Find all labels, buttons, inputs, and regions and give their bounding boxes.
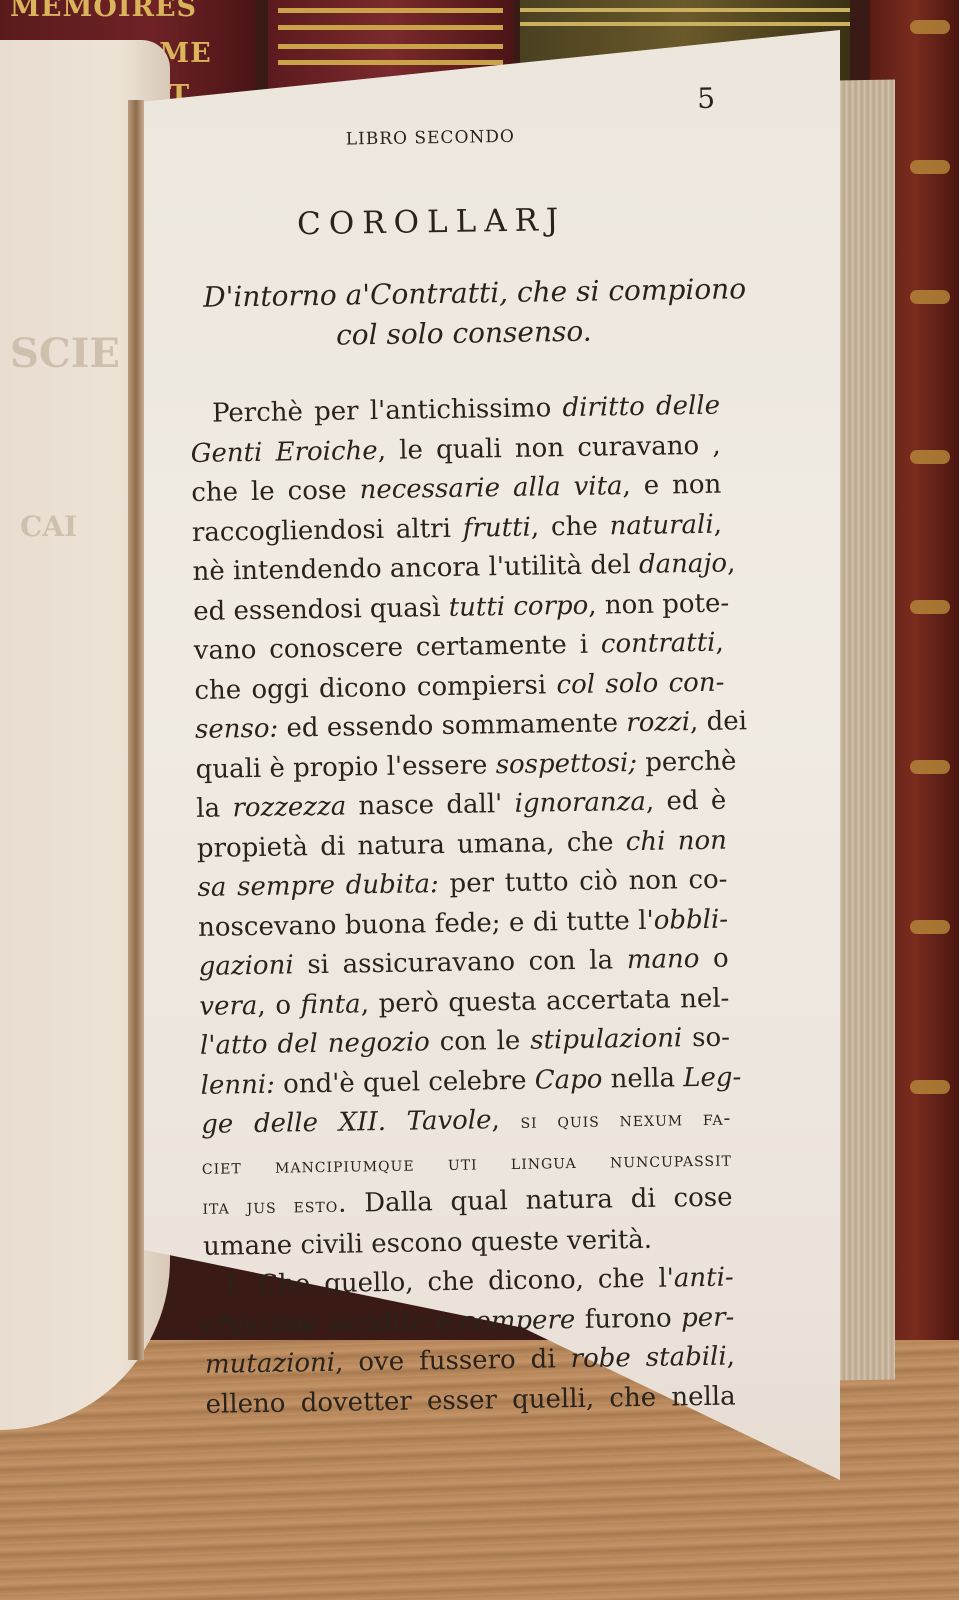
running-head: LIBRO SECONDO xyxy=(346,127,515,150)
italic-text: Leg- xyxy=(683,1062,742,1093)
italic-text: rozzi xyxy=(626,707,690,738)
italic-text: frutti xyxy=(463,512,531,543)
italic-text: finta xyxy=(300,989,361,1020)
roman-text: Perchè per l'antichissimo xyxy=(212,393,563,429)
italic-text: per- xyxy=(681,1302,735,1333)
roman-text: e xyxy=(426,1306,461,1337)
roman-text: , non pote- xyxy=(588,588,729,620)
italic-text: mano xyxy=(627,944,700,975)
italic-text: col solo con- xyxy=(556,667,724,700)
latin-quote-text: ciet mancipiumque uti lingua nuncupassit xyxy=(202,1146,732,1178)
roman-text: , xyxy=(726,1342,735,1372)
roman-text: umane civili escono queste verità. xyxy=(203,1224,652,1261)
italic-text: compere xyxy=(460,1305,575,1337)
spine-text-line-1: MEMOIRES xyxy=(10,0,197,23)
italic-text: diritto delle xyxy=(562,391,720,423)
roman-text: ed essendo sommamente xyxy=(278,708,626,743)
italic-text: vera xyxy=(199,990,257,1021)
italic-text: l'atto del negozio xyxy=(200,1027,430,1061)
italic-text: anti- xyxy=(674,1263,734,1294)
roman-text: , e non xyxy=(622,470,721,502)
italic-text: ge delle XII. Tavole xyxy=(201,1105,492,1140)
roman-text: elleno dovetter esser quelli, che nella xyxy=(205,1381,735,1419)
italic-text: chi non xyxy=(626,825,728,857)
page-number: 5 xyxy=(697,82,715,115)
italic-text: contratti xyxy=(601,628,716,660)
roman-text: , xyxy=(713,509,722,539)
roman-text: , però questa accertata nel- xyxy=(360,983,729,1019)
show-through-text: SCIE xyxy=(10,330,120,377)
roman-text: , ove fussero di xyxy=(335,1344,571,1378)
italic-text: danajo xyxy=(639,549,728,580)
roman-text: nasce dall' xyxy=(346,789,515,822)
italic-text: obbli- xyxy=(654,904,729,935)
latin-quote-text: si quis nexum fa- xyxy=(520,1106,731,1133)
italic-text: gazioni xyxy=(199,950,294,981)
roman-text: , che xyxy=(531,511,610,542)
subtitle-line: col solo consenso. xyxy=(204,310,725,358)
italic-text: tutti corpo xyxy=(448,590,588,622)
roman-text: perchè xyxy=(637,746,737,778)
book-gutter xyxy=(128,100,144,1360)
italic-text: necessarie alla vita xyxy=(359,471,622,505)
roman-text: , o xyxy=(257,990,301,1021)
roman-text: o xyxy=(699,944,729,974)
roman-text: I. Che quello, che dicono, che l' xyxy=(226,1263,675,1300)
italic-text: chissime vendite xyxy=(204,1307,426,1340)
roman-text: la xyxy=(196,793,233,824)
roman-text: che oggi dicono compiersi xyxy=(194,670,557,706)
roman-text: so- xyxy=(682,1023,730,1054)
italic-text: robe stabili xyxy=(570,1342,726,1374)
roman-text: , xyxy=(727,548,736,578)
roman-text: si assicuravano con la xyxy=(293,945,627,980)
roman-text: , xyxy=(715,628,724,658)
italic-text: rozzezza xyxy=(232,792,346,824)
italic-text: stipulazioni xyxy=(530,1023,682,1055)
subtitle-line: D'intorno a'Contratti, che si compiono xyxy=(203,270,724,318)
italic-text: Genti Eroiche xyxy=(190,436,377,469)
body-text: Perchè per l'antichissimo diritto delleG… xyxy=(190,387,736,1425)
section-subtitle: D'intorno a'Contratti, che si compiono c… xyxy=(203,270,724,358)
body-line: ita jus esto. Dalla qual natura di cose xyxy=(202,1179,733,1228)
roman-text: nè intendendo ancora l'utilità del xyxy=(192,550,639,587)
italic-text: Capo xyxy=(534,1064,602,1095)
latin-quote-text: ita jus esto xyxy=(202,1193,338,1219)
roman-text: ond'è quel celebre xyxy=(275,1065,535,1099)
roman-text: che le cose xyxy=(191,475,360,508)
roman-text: furono xyxy=(575,1303,681,1335)
italic-text: mutazioni xyxy=(205,1348,336,1380)
show-through-text: CAI xyxy=(20,510,77,543)
roman-text: noscevano buona fede; e di tutte l' xyxy=(198,905,654,942)
roman-text: . Dalla qual natura di cose xyxy=(338,1183,733,1219)
roman-text: , le quali non curavano , xyxy=(377,430,720,465)
roman-text: ed essendosi quasì xyxy=(193,592,449,626)
roman-text: propietà di natura umana, che xyxy=(197,827,626,864)
roman-text: , xyxy=(491,1105,520,1135)
roman-text: raccogliendosi altri xyxy=(192,513,463,547)
italic-text: sospettosi; xyxy=(495,747,637,779)
roman-text: nella xyxy=(602,1063,683,1094)
body-line: elleno dovetter esser quelli, che nella xyxy=(205,1377,736,1425)
italic-text: ignoranza xyxy=(514,787,646,819)
roman-text: vano conoscere certamente i xyxy=(194,630,602,666)
roman-text: con le xyxy=(430,1026,531,1058)
roman-text: , dei xyxy=(690,706,747,737)
italic-text: naturali xyxy=(609,509,713,541)
page-fore-edge xyxy=(835,79,895,1380)
roman-text: per tutto ciò non co- xyxy=(439,865,728,900)
italic-text: sa sempre dubita: xyxy=(197,869,439,903)
italic-text: senso: xyxy=(195,714,279,745)
section-title: COROLLARJ xyxy=(297,202,567,242)
roman-text: , ed è xyxy=(646,786,727,817)
italic-text: lenni: xyxy=(200,1069,275,1100)
roman-text: quali è propio l'essere xyxy=(195,750,495,785)
